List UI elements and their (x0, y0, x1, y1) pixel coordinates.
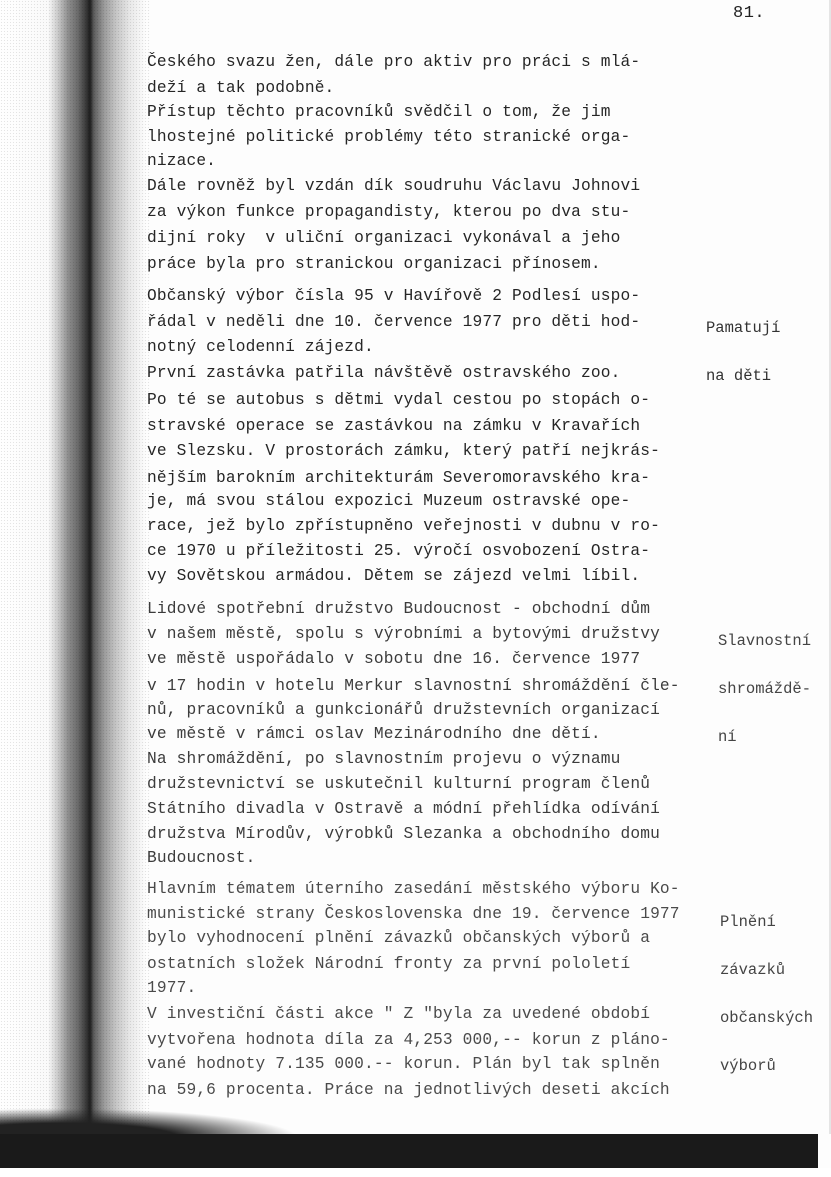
text-line: Přístup těchto pracovníků svědčil o tom,… (147, 102, 611, 122)
text-line: lhostejné politické problémy této strani… (147, 127, 630, 147)
text-line: Českého svazu žen, dále pro aktiv pro pr… (147, 52, 640, 72)
scanner-bottom-band (0, 1134, 818, 1168)
binding-shadow (0, 0, 150, 1140)
text-line: dijní roky v uliční organizaci vykonával… (147, 228, 620, 248)
text-line: ostatních složek Národní fronty za první… (147, 954, 630, 974)
page-number: 81. (733, 4, 765, 23)
text-line: družstva Mírodův, výrobků Slezanka a obc… (147, 824, 660, 844)
text-line: První zastávka patřila návštěvě ostravsk… (147, 363, 620, 383)
text-line: Na shromáždění, po slavnostním projevu o… (147, 749, 620, 769)
text-line: Hlavním tématem úterního zasedání městsk… (147, 879, 680, 899)
text-line: Budoucnost. (147, 848, 256, 868)
margin-note-line: závazků (720, 962, 813, 978)
margin-note-line: ní (718, 729, 811, 745)
text-line: V investiční části akce " Z "byla za uve… (147, 1004, 650, 1024)
text-line: je, má svou stálou expozici Muzeum ostra… (147, 491, 630, 511)
text-line: stravské operace se zastávkou na zámku v… (147, 416, 640, 436)
text-line: v našem městě, spolu s výrobními a bytov… (147, 624, 660, 644)
text-line: Občanský výbor čísla 95 v Havířově 2 Pod… (147, 286, 640, 306)
text-line: race, jež bylo zpřístupněno veřejnosti v… (147, 516, 660, 536)
text-line: Dále rovněž byl vzdán dík soudruhu Václa… (147, 176, 640, 196)
text-line: bylo vyhodnocení plnění závazků občanský… (147, 928, 650, 948)
text-line: družstevnictví se uskutečnil kulturní pr… (147, 774, 650, 794)
text-line: práce byla pro stranickou organizaci pří… (147, 254, 601, 274)
text-line: řádal v neděli dne 10. července 1977 pro… (147, 312, 640, 332)
text-line: nizace. (147, 151, 216, 171)
text-line: Po té se autobus s dětmi vydal cestou po… (147, 390, 650, 410)
text-line: deží a tak podobně. (147, 78, 334, 98)
margin-note-section-2: Pamatují na děti (706, 288, 780, 416)
text-line: Státního divadla v Ostravě a módní přehl… (147, 799, 660, 819)
text-line: nějším barokním architekturám Severomora… (147, 468, 650, 488)
text-line: Lidové spotřební družstvo Budoucnost - o… (147, 599, 650, 619)
margin-note-section-3: Slavnostní shromáždě- ní (718, 601, 811, 777)
margin-note-section-4: Plnění závazků občanských výborů (720, 882, 813, 1106)
scan-margin (0, 1168, 831, 1177)
margin-note-line: Slavnostní (718, 633, 811, 649)
text-line: notný celodenní zájezd. (147, 337, 374, 357)
text-line: vané hodnoty 7.135 000.-- korun. Plán by… (147, 1054, 660, 1074)
margin-note-line: výborů (720, 1058, 813, 1074)
margin-note-line: Plnění (720, 914, 813, 930)
margin-note-line: Pamatují (706, 320, 780, 336)
text-line: vytvořena hodnota díla za 4,253 000,-- k… (147, 1030, 670, 1050)
text-line: ve městě v rámci oslav Mezinárodního dne… (147, 724, 601, 744)
text-line: ve Slezsku. V prostorách zámku, který pa… (147, 441, 660, 461)
document-page: 81. Českého svazu žen, dále pro aktiv pr… (0, 0, 831, 1177)
text-line: nů, pracovníků a gunkcionářů družstevníc… (147, 700, 660, 720)
margin-note-line: občanských (720, 1010, 813, 1026)
text-line: za výkon funkce propagandisty, kterou po… (147, 202, 630, 222)
margin-note-line: shromáždě- (718, 681, 811, 697)
text-line: munistické strany Československa dne 19.… (147, 904, 680, 924)
text-line: na 59,6 procenta. Práce na jednotlivých … (147, 1080, 670, 1100)
text-line: ve městě uspořádalo v sobotu dne 16. čer… (147, 649, 640, 669)
margin-note-line: na děti (706, 368, 780, 384)
text-line: 1977. (147, 978, 196, 998)
text-line: v 17 hodin v hotelu Merkur slavnostní sh… (147, 676, 680, 696)
text-line: ce 1970 u příležitosti 25. výročí osvobo… (147, 541, 650, 561)
text-line: vy Sovětskou armádou. Dětem se zájezd ve… (147, 566, 640, 586)
